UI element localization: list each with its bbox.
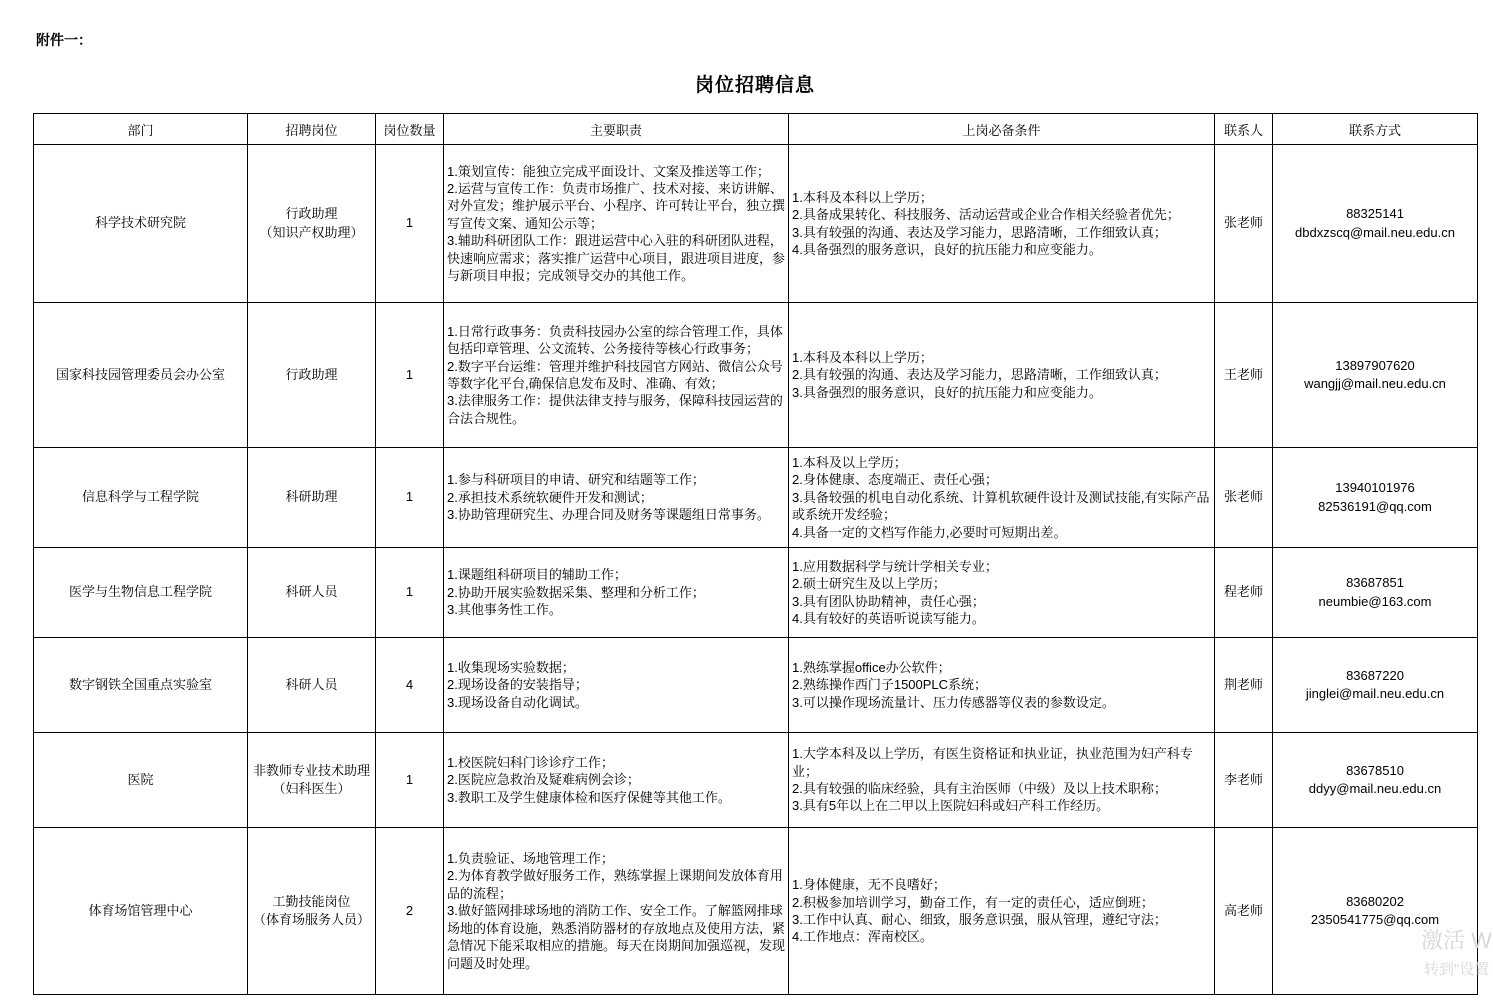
cell-duties: 1.策划宣传：能独立完成平面设计、文案及推送等工作； 2.运营与宣传工作：负责市… [444, 145, 789, 303]
cell-requirements: 1.熟练掌握office办公软件； 2.熟练操作西门子1500PLC系统； 3.… [789, 638, 1215, 733]
header-contact-info: 联系方式 [1273, 114, 1478, 145]
cell-contact-info: 83687851 neumbie@163.com [1273, 548, 1478, 638]
cell-requirements: 1.应用数据科学与统计学相关专业； 2.硕士研究生及以上学历； 3.具有团队协助… [789, 548, 1215, 638]
cell-position: 科研人员 [248, 548, 376, 638]
cell-department: 数字钢铁全国重点实验室 [34, 638, 248, 733]
cell-requirements: 1.大学本科及以上学历，有医生资格证和执业证，执业范围为妇产科专业； 2.具有较… [789, 733, 1215, 828]
cell-duties: 1.负责验证、场地管理工作； 2.为体育教学做好服务工作，熟练掌握上课期间发放体… [444, 828, 789, 995]
cell-contact-person: 王老师 [1215, 303, 1273, 448]
header-department: 部门 [34, 114, 248, 145]
cell-duties: 1.课题组科研项目的辅助工作； 2.协助开展实验数据采集、整理和分析工作； 3.… [444, 548, 789, 638]
cell-count: 2 [376, 828, 444, 995]
header-contact-person: 联系人 [1215, 114, 1273, 145]
table-row: 国家科技园管理委员会办公室 行政助理 1 1.日常行政事务：负责科技园办公室的综… [34, 303, 1478, 448]
header-duties: 主要职责 [444, 114, 789, 145]
header-position: 招聘岗位 [248, 114, 376, 145]
cell-duties: 1.日常行政事务：负责科技园办公室的综合管理工作，具体 包括印章管理、公文流转、… [444, 303, 789, 448]
cell-contact-info: 83678510 ddyy@mail.neu.edu.cn [1273, 733, 1478, 828]
cell-count: 1 [376, 303, 444, 448]
cell-position: 科研人员 [248, 638, 376, 733]
cell-contact-person: 高老师 [1215, 828, 1273, 995]
recruitment-table: 部门 招聘岗位 岗位数量 主要职责 上岗必备条件 联系人 联系方式 科学技术研究… [33, 113, 1478, 995]
cell-requirements: 1.本科及本科以上学历； 2.具有较强的沟通、表达及学习能力，思路清晰，工作细致… [789, 303, 1215, 448]
cell-requirements: 1.身体健康，无不良嗜好； 2.积极参加培训学习，勤奋工作，有一定的责任心，适应… [789, 828, 1215, 995]
cell-count: 4 [376, 638, 444, 733]
table-row: 数字钢铁全国重点实验室 科研人员 4 1.收集现场实验数据； 2.现场设备的安装… [34, 638, 1478, 733]
cell-contact-info: 88325141 dbdxzscq@mail.neu.edu.cn [1273, 145, 1478, 303]
windows-activation-watermark-line2: 转到"设置 [1424, 958, 1489, 979]
table-row: 信息科学与工程学院 科研助理 1 1.参与科研项目的申请、研究和结题等工作； 2… [34, 448, 1478, 548]
cell-position: 工勤技能岗位 （体育场服务人员） [248, 828, 376, 995]
windows-activation-watermark-line1: 激活 W [1421, 924, 1492, 955]
cell-department: 医院 [34, 733, 248, 828]
attachment-label: 附件一： [36, 30, 92, 50]
cell-count: 1 [376, 548, 444, 638]
table-row: 医院 非教师专业技术助理 （妇科医生） 1 1.校医院妇科门诊诊疗工作； 2.医… [34, 733, 1478, 828]
cell-position: 行政助理 [248, 303, 376, 448]
cell-contact-info: 13940101976 82536191@qq.com [1273, 448, 1478, 548]
cell-contact-person: 荆老师 [1215, 638, 1273, 733]
cell-contact-person: 张老师 [1215, 145, 1273, 303]
cell-duties: 1.校医院妇科门诊诊疗工作； 2.医院应急救治及疑难病例会诊； 3.教职工及学生… [444, 733, 789, 828]
cell-requirements: 1.本科及本科以上学历； 2.具备成果转化、科技服务、活动运营或企业合作相关经验… [789, 145, 1215, 303]
cell-duties: 1.收集现场实验数据； 2.现场设备的安装指导； 3.现场设备自动化调试。 [444, 638, 789, 733]
cell-contact-person: 李老师 [1215, 733, 1273, 828]
table-header-row: 部门 招聘岗位 岗位数量 主要职责 上岗必备条件 联系人 联系方式 [34, 114, 1478, 145]
cell-department: 信息科学与工程学院 [34, 448, 248, 548]
table-row: 医学与生物信息工程学院 科研人员 1 1.课题组科研项目的辅助工作； 2.协助开… [34, 548, 1478, 638]
cell-duties: 1.参与科研项目的申请、研究和结题等工作； 2.承担技术系统软硬件开发和测试； … [444, 448, 789, 548]
cell-count: 1 [376, 448, 444, 548]
cell-position: 非教师专业技术助理 （妇科医生） [248, 733, 376, 828]
cell-department: 医学与生物信息工程学院 [34, 548, 248, 638]
header-count: 岗位数量 [376, 114, 444, 145]
cell-position: 科研助理 [248, 448, 376, 548]
cell-contact-info: 83687220 jinglei@mail.neu.edu.cn [1273, 638, 1478, 733]
cell-count: 1 [376, 145, 444, 303]
table-row: 体育场馆管理中心 工勤技能岗位 （体育场服务人员） 2 1.负责验证、场地管理工… [34, 828, 1478, 995]
cell-department: 体育场馆管理中心 [34, 828, 248, 995]
cell-department: 国家科技园管理委员会办公室 [34, 303, 248, 448]
cell-contact-person: 张老师 [1215, 448, 1273, 548]
header-requirements: 上岗必备条件 [789, 114, 1215, 145]
cell-count: 1 [376, 733, 444, 828]
page-title: 岗位招聘信息 [33, 70, 1477, 97]
cell-contact-info: 13897907620 wangjj@mail.neu.edu.cn [1273, 303, 1478, 448]
cell-requirements: 1.本科及以上学历； 2.身体健康、态度端正、责任心强； 3.具备较强的机电自动… [789, 448, 1215, 548]
table-row: 科学技术研究院 行政助理 （知识产权助理） 1 1.策划宣传：能独立完成平面设计… [34, 145, 1478, 303]
cell-department: 科学技术研究院 [34, 145, 248, 303]
cell-position: 行政助理 （知识产权助理） [248, 145, 376, 303]
cell-contact-person: 程老师 [1215, 548, 1273, 638]
